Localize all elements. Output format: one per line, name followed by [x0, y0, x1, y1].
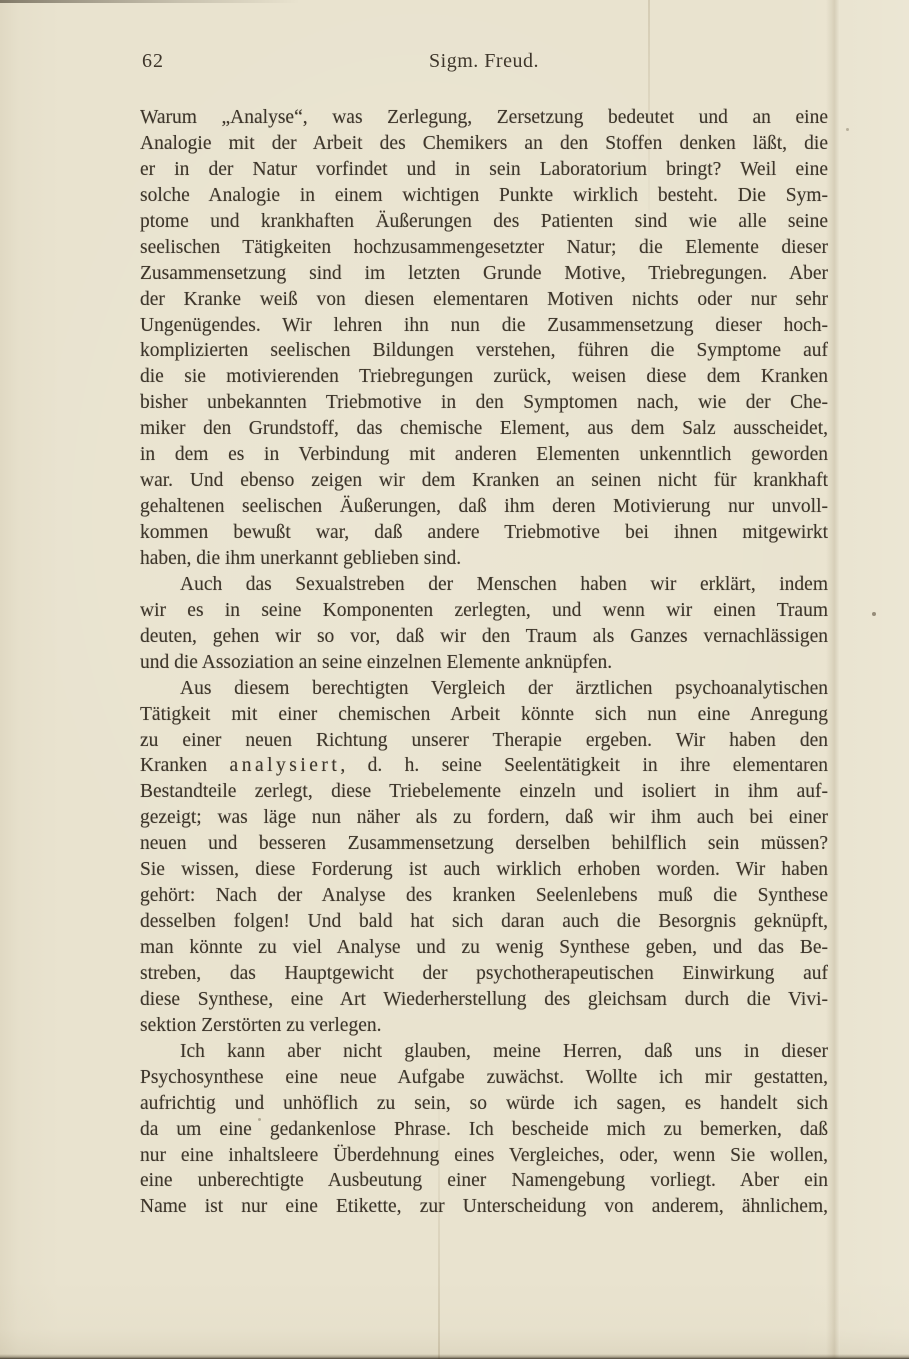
text-line: ptome und krankhaften Äußerungen des Pat… [140, 209, 828, 235]
text-line: Ungenügendes. Wir lehren ihn nun die Zus… [140, 313, 828, 339]
text-line: die sie motivierenden Triebregungen zurü… [140, 364, 828, 390]
text-line: Zusammensetzung sind im letzten Grunde M… [140, 261, 828, 287]
text-line: Ich kann aber nicht glauben, meine Herre… [140, 1039, 828, 1065]
paper-crease-top [648, 0, 650, 240]
text-line: gehaltenen seelischen Äußerungen, daß ih… [140, 494, 828, 520]
text-line: war. Und ebenso zeigen wir dem Kranken a… [140, 468, 828, 494]
text-line: neuen und besseren Zusammensetzung derse… [140, 831, 828, 857]
text-line: Name ist nur eine Etikette, zur Untersch… [140, 1194, 828, 1220]
text-line: man könnte zu viel Analyse und zu wenig … [140, 935, 828, 961]
paragraph: Auch das Sexualstreben der Menschen habe… [140, 572, 828, 676]
paper-crease-bottom [438, 1059, 440, 1359]
running-head: Sigm. Freud. [140, 50, 828, 73]
text-line: desselben folgen! Und bald hat sich dara… [140, 909, 828, 935]
text-line: und die Assoziation an seine einzelnen E… [140, 650, 828, 676]
text-line: nur eine inhaltsleere Überdehnung eines … [140, 1143, 828, 1169]
text-line: wir es in seine Komponenten zerlegten, u… [140, 598, 828, 624]
text-line: diese Synthese, eine Art Wiederherstellu… [140, 987, 828, 1013]
text-line: seelischen Tätigkeiten hochzusammengeset… [140, 235, 828, 261]
text-line: bisher unbekannten Triebmotive in den Sy… [140, 390, 828, 416]
text-line: solche Analogie in einem wichtigen Punkt… [140, 183, 828, 209]
text-line: zu einer neuen Richtung unserer Therapie… [140, 728, 828, 754]
letterspaced-word: analysiert [230, 755, 341, 776]
text-line: eine unberechtigte Ausbeutung einer Name… [140, 1168, 828, 1194]
book-page: 62 Sigm. Freud. Warum „Analyse“, was Zer… [0, 0, 909, 1359]
text-line: Kranken analysiert, d. h. seine Seelentä… [140, 753, 828, 779]
page-fold-shadow [826, 0, 840, 1359]
paragraph: Ich kann aber nicht glauben, meine Herre… [140, 1039, 828, 1221]
text-line: er in der Natur vorfindet und in sein La… [140, 157, 828, 183]
paper-speck [258, 1118, 261, 1121]
text-line: komplizierten seelischen Bildungen verst… [140, 338, 828, 364]
paragraph: Aus diesem berechtigten Vergleich der är… [140, 676, 828, 1039]
page-header: 62 Sigm. Freud. [140, 50, 828, 76]
text-line: deuten, gehen wir so vor, daß wir den Tr… [140, 624, 828, 650]
paragraph: Warum „Analyse“, was Zerlegung, Zersetzu… [140, 105, 828, 572]
text-block: Warum „Analyse“, was Zerlegung, Zersetzu… [140, 105, 828, 1220]
text-line: gehört: Nach der Analyse des kranken See… [140, 883, 828, 909]
text-line: Sie wissen, diese Forderung ist auch wir… [140, 857, 828, 883]
text-line: miker den Grundstoff, das chemische Elem… [140, 416, 828, 442]
text-line: Bestandteile zerlegt, diese Triebelement… [140, 779, 828, 805]
text-line: Analogie mit der Arbeit des Chemikers an… [140, 131, 828, 157]
text-line: da um eine gedankenlose Phrase. Ich besc… [140, 1117, 828, 1143]
text-line: aufrichtig und unhöflich zu sein, so wür… [140, 1091, 828, 1117]
paper-speck [872, 612, 876, 616]
paper-speck [846, 128, 849, 131]
text-line: Aus diesem berechtigten Vergleich der är… [140, 676, 828, 702]
text-line: kommen bewußt war, daß andere Triebmotiv… [140, 520, 828, 546]
text-line: Auch das Sexualstreben der Menschen habe… [140, 572, 828, 598]
text-line: streben, das Hauptgewicht der psychother… [140, 961, 828, 987]
text-line: Tätigkeit mit einer chemischen Arbeit kö… [140, 702, 828, 728]
text-line: Warum „Analyse“, was Zerlegung, Zersetzu… [140, 105, 828, 131]
text-line: der Kranke weiß von diesen elementaren M… [140, 287, 828, 313]
scan-edge-top [0, 0, 300, 3]
text-line: sektion Zerstörten zu verlegen. [140, 1013, 828, 1039]
scan-edge-bottom [0, 1354, 909, 1359]
text-line: in dem es in Verbindung mit anderen Elem… [140, 442, 828, 468]
text-line: Psychosynthese eine neue Aufgabe zuwächs… [140, 1065, 828, 1091]
text-line: gezeigt; was läge nun näher als zu forde… [140, 805, 828, 831]
text-line: haben, die ihm unerkannt geblieben sind. [140, 546, 828, 572]
